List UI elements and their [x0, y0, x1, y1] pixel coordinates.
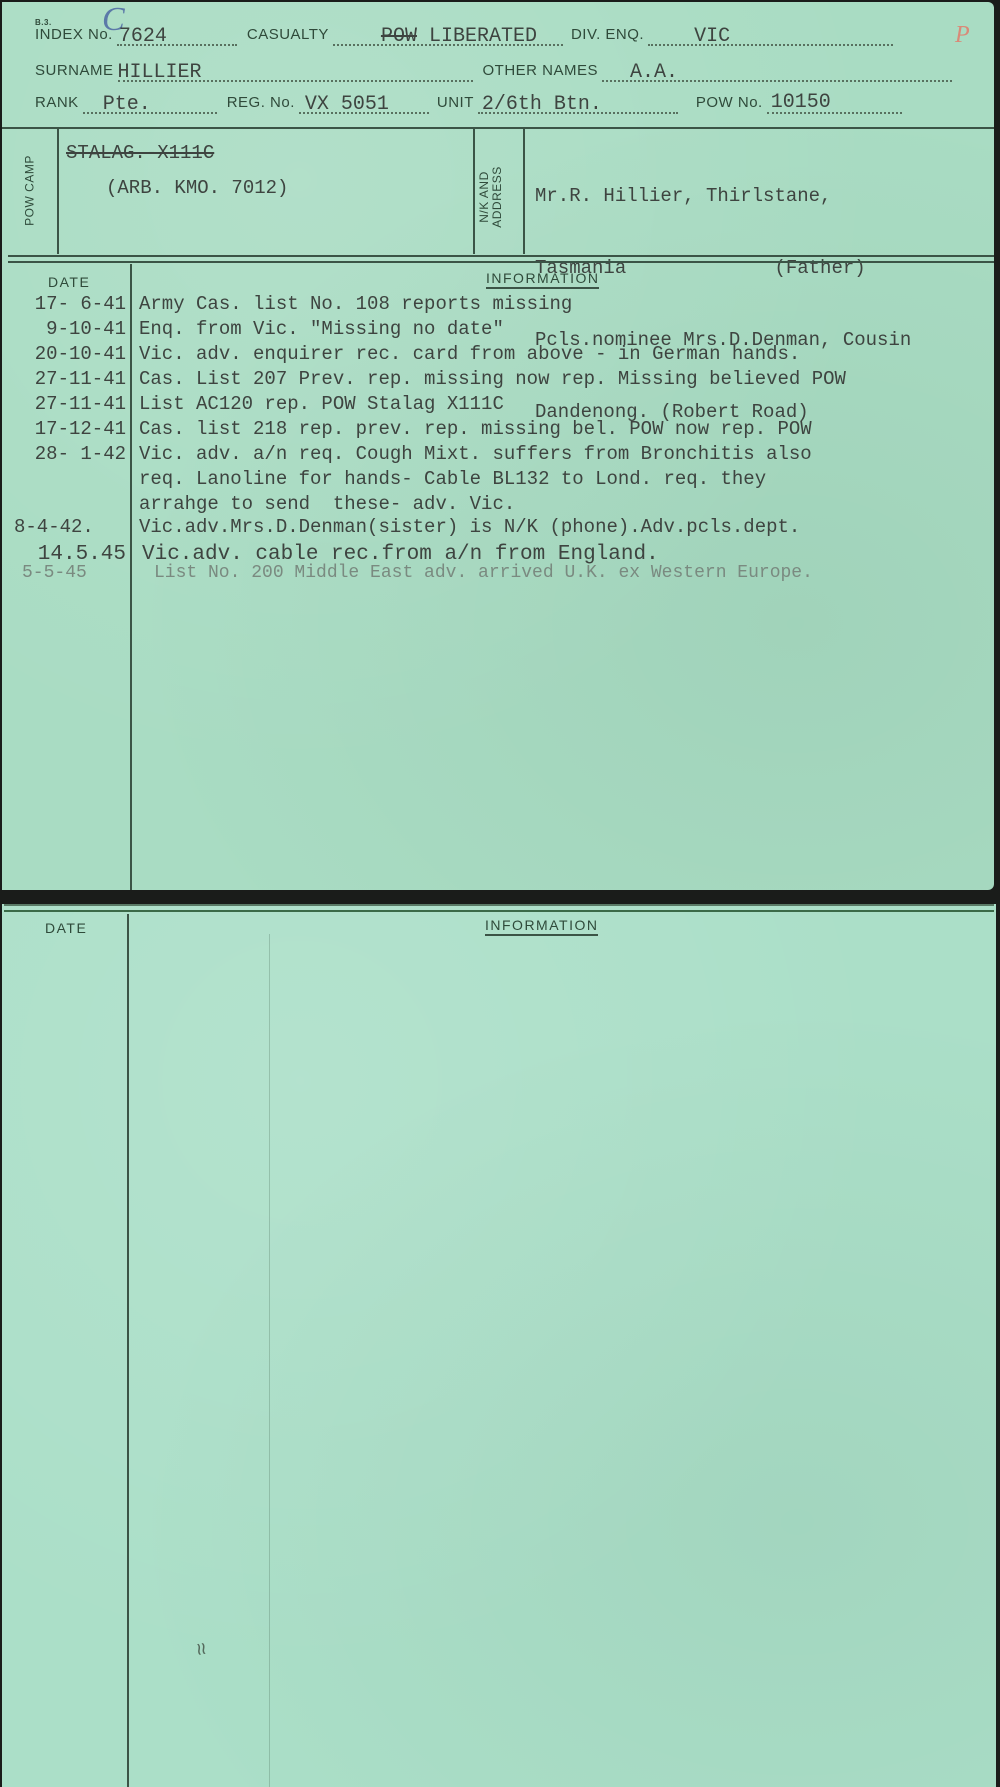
pow-no-field: 10150	[767, 112, 902, 114]
log-entry: 27-11-41 List AC120 rep. POW Stalag X111…	[2, 393, 994, 418]
log-entry: 5-5-45 List No. 200 Middle East adv. arr…	[2, 563, 994, 588]
other-names-field: A.A.	[602, 80, 952, 82]
log-entry: 14.5.45 Vic.adv. cable rec.from a/n from…	[2, 543, 994, 563]
pow-camp-label: POW CAMP	[24, 141, 37, 241]
information-column-header: INFORMATION	[485, 917, 598, 936]
header-row-2: SURNAME HILLIER OTHER NAMES A.A.	[35, 62, 956, 88]
log-entry: 17-12-41 Cas. list 218 rep. prev. rep. m…	[2, 418, 994, 443]
double-rule-top	[8, 255, 994, 257]
double-rule-top	[4, 904, 994, 906]
unit-value: 2/6th Btn.	[482, 93, 602, 116]
double-rule-bottom	[8, 261, 994, 263]
log-entry-continuation: req. Lanoline for hands- Cable BL132 to …	[2, 468, 994, 493]
divider-camp-label	[57, 128, 59, 254]
pow-no-value: 10150	[771, 91, 831, 114]
information-column-header: INFORMATION	[486, 270, 599, 289]
date-column-divider	[127, 914, 129, 1787]
log-entry: 27-11-41 Cas. List 207 Prev. rep. missin…	[2, 368, 994, 393]
div-enq-value: VIC	[694, 25, 730, 48]
log-entry: 8-4-42. Vic.adv.Mrs.D.Denman(sister) is …	[2, 516, 994, 543]
double-rule-bottom	[4, 910, 994, 912]
log-entry: 28- 1-42 Vic. adv. a/n req. Cough Mixt. …	[2, 443, 994, 468]
surname-value: HILLIER	[118, 61, 202, 84]
header-row-3: RANK Pte. REG. No. VX 5051 UNIT 2/6th Bt…	[35, 94, 906, 120]
reg-no-field: VX 5051	[299, 112, 429, 114]
rank-field: Pte.	[83, 112, 217, 114]
other-names-value: A.A.	[630, 61, 678, 84]
log-entry: 20-10-41 Vic. adv. enquirer rec. card fr…	[2, 343, 994, 368]
div-enq-field: VIC	[648, 44, 893, 46]
unit-label: UNIT	[437, 94, 474, 111]
log-entry: 9-10-41 Enq. from Vic. "Missing no date"	[2, 318, 994, 343]
header-row-1: INDEX No. 7624 CASUALTY POW LIBERATED DI…	[35, 26, 897, 52]
surname-label: SURNAME	[35, 62, 114, 79]
information-log: 17- 6-41 Army Cas. list No. 108 reports …	[2, 293, 994, 588]
stray-ink-mark: ≈	[187, 1641, 215, 1657]
rank-label: RANK	[35, 94, 79, 111]
nk-address-label: N/K AND ADDRESS	[478, 157, 504, 237]
record-card-reverse: DATE INFORMATION ≈	[2, 904, 996, 1787]
date-column-header: DATE	[45, 920, 87, 936]
faint-fold-line	[269, 934, 270, 1787]
unit-field: 2/6th Btn.	[478, 112, 678, 114]
handwritten-corner-mark: P	[955, 22, 970, 49]
log-entry: 17- 6-41 Army Cas. list No. 108 reports …	[2, 293, 994, 318]
pow-no-label: POW No.	[696, 94, 763, 111]
index-field: 7624	[117, 44, 237, 46]
log-entry-continuation: arrahge to send these- adv. Vic.	[2, 493, 994, 516]
surname-field: HILLIER	[118, 80, 473, 82]
date-column-header: DATE	[48, 274, 90, 290]
pow-camp-value: (ARB. KMO. 7012)	[106, 177, 288, 199]
divider-header	[2, 127, 994, 129]
div-enq-label: DIV. ENQ.	[571, 26, 644, 43]
pow-camp-struck-value: STALAG.-X111C	[66, 142, 214, 164]
casualty-field: POW LIBERATED	[333, 44, 563, 46]
other-names-label: OTHER NAMES	[483, 62, 599, 79]
casualty-struck-value: POW	[381, 25, 417, 48]
divider-camp-nk	[473, 128, 475, 254]
index-label: INDEX No.	[35, 26, 113, 43]
reg-no-label: REG. No.	[227, 94, 295, 111]
record-card-front: B.3. C P INDEX No. 7624 CASUALTY POW LIB…	[2, 2, 994, 890]
casualty-label: CASUALTY	[247, 26, 329, 43]
reg-no-value: VX 5051	[305, 93, 389, 116]
index-value: 7624	[119, 25, 167, 48]
divider-nk-text	[523, 128, 525, 254]
rank-value: Pte.	[103, 93, 151, 116]
casualty-value: LIBERATED	[429, 25, 537, 48]
